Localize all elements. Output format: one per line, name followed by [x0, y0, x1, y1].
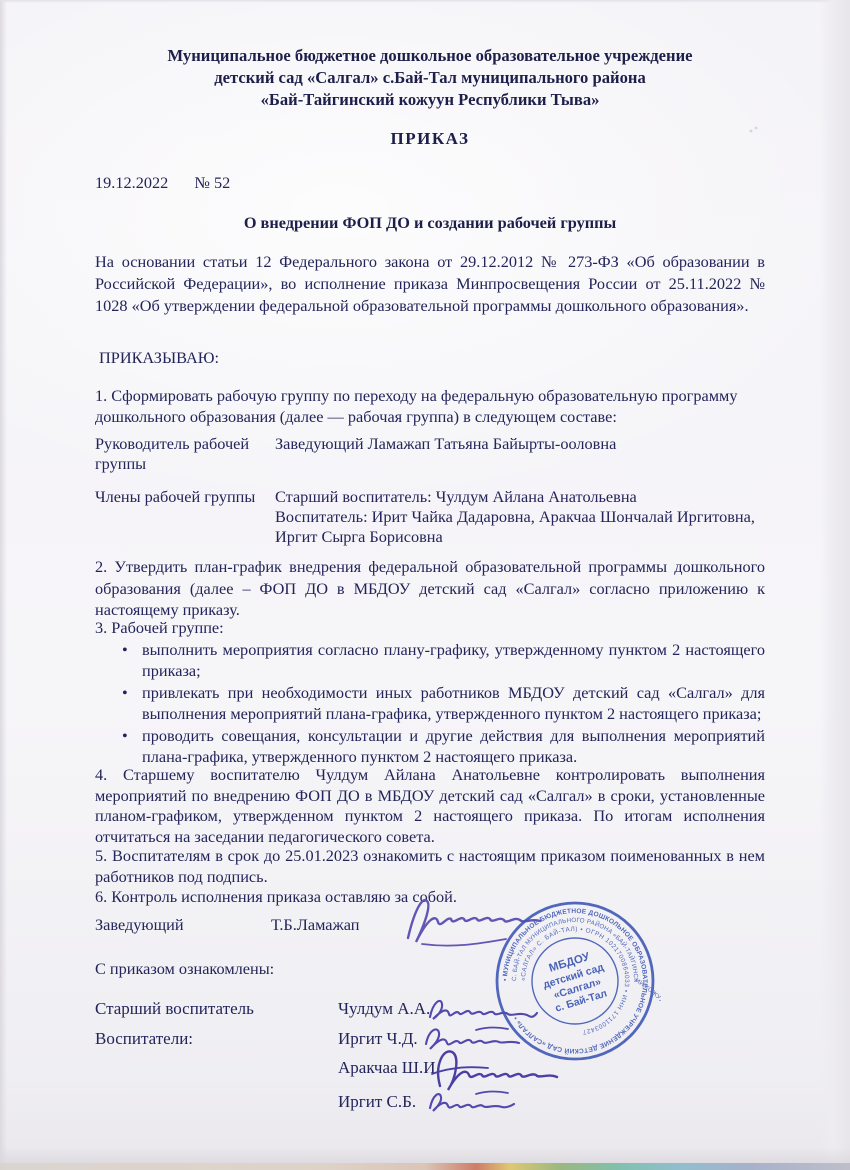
- item-3-bullets: • выполнить мероприятия согласно плану-г…: [95, 639, 765, 768]
- org-header: Муниципальное бюджетное дошкольное образ…: [95, 45, 765, 111]
- paper-edge-top: [0, 0, 850, 3]
- table-row: Члены рабочей группы Старший воспитатель…: [95, 487, 765, 547]
- ack-row: Иргит С.Б.: [95, 1091, 765, 1112]
- scanned-order-document: Муниципальное бюджетное дошкольное образ…: [0, 0, 850, 1170]
- signoff-name: Т.Б.Ламажап: [271, 914, 359, 935]
- ack-row: Старший воспитатель Чулдум А.А.: [95, 998, 765, 1019]
- bullet-item: • привлекать при необходимости иных рабо…: [95, 682, 765, 724]
- item-1: 1. Сформировать рабочую группу по перехо…: [95, 385, 765, 427]
- row-value: Заведующий Ламажап Татьяна Байырты-оолов…: [275, 434, 765, 474]
- bullet-text: выполнить мероприятия согласно плану-гра…: [142, 639, 765, 681]
- scanner-edge-strip: [0, 1163, 850, 1170]
- row-value: Старший воспитатель: Чулдум Айлана Анато…: [275, 487, 765, 547]
- ack-heading: С приказом ознакомлены:: [95, 958, 765, 979]
- ack-role: Воспитатели:: [95, 1028, 338, 1049]
- item-2: 2. Утвердить план-график внедрения федер…: [95, 556, 765, 621]
- ack-name: Аракчаа Ш.И.: [338, 1057, 440, 1078]
- bullet-marker: •: [122, 639, 142, 681]
- date-number-line: 19.12.2022 № 52: [95, 172, 765, 193]
- ack-name: Иргит С.Б.: [338, 1091, 416, 1112]
- item-3: 3. Рабочей группе:: [95, 617, 765, 638]
- org-header-line-1: Муниципальное бюджетное дошкольное образ…: [95, 45, 765, 67]
- doc-number: № 52: [194, 172, 230, 193]
- working-group-table: Руководитель рабочей группы Заведующий Л…: [95, 434, 765, 560]
- ack-name: Иргит Ч.Д.: [338, 1028, 418, 1049]
- bullet-text: проводить совещания, консультации и друг…: [142, 725, 765, 767]
- item-5: 5. Воспитателям в срок до 25.01.2023 озн…: [95, 846, 765, 887]
- order-word: ПРИКАЗЫВАЮ:: [95, 347, 769, 368]
- bullet-marker: •: [122, 725, 142, 767]
- bullet-item: • выполнить мероприятия согласно плану-г…: [95, 639, 765, 681]
- preamble: На основании статьи 12 Федерального зако…: [95, 251, 765, 317]
- paper-bottom-shadow: [0, 1147, 850, 1163]
- ack-role: [95, 1091, 338, 1112]
- row-label: Руководитель рабочей группы: [95, 434, 275, 474]
- bullet-text: привлекать при необходимости иных работн…: [142, 682, 765, 724]
- paper-edge-left: [0, 0, 7, 1170]
- row-label: Члены рабочей группы: [95, 487, 275, 547]
- stamp-center-text: МБДОУ детский сад «Салгал» с. Бай-Тал: [538, 948, 614, 1016]
- ack-row: Аракчаа Ш.И.: [95, 1057, 765, 1078]
- table-row: Руководитель рабочей группы Заведующий Л…: [95, 434, 765, 474]
- ack-name: Чулдум А.А.: [338, 998, 430, 1019]
- doc-type-title: ПРИКАЗ: [95, 128, 765, 149]
- ack-role: Старший воспитатель: [95, 998, 338, 1019]
- bullet-marker: •: [122, 682, 142, 724]
- paper-edge-right: [820, 0, 850, 1170]
- org-header-line-3: «Бай-Тайгинский кожуун Республики Тыва»: [95, 89, 765, 111]
- org-header-line-2: детский сад «Салгал» с.Бай-Тал муниципал…: [95, 67, 765, 89]
- ack-row: Воспитатели: Иргит Ч.Д.: [95, 1028, 765, 1049]
- signoff-row: Заведующий Т.Б.Ламажап: [95, 914, 765, 935]
- bullet-item: • проводить совещания, консультации и др…: [95, 725, 765, 767]
- signoff-title: Заведующий: [95, 914, 271, 935]
- item-6: 6. Контроль исполнения приказа оставляю …: [95, 886, 765, 907]
- official-round-stamp: • МУНИЦИПАЛЬНОЕ БЮДЖЕТНОЕ ДОШКОЛЬНОЕ ОБР…: [489, 895, 661, 1067]
- doc-date: 19.12.2022: [95, 172, 168, 193]
- item-4: 4. Старшему воспитателю Чулдум Айлана Ан…: [95, 765, 765, 847]
- doc-subject: О внедрении ФОП ДО и создании рабочей гр…: [95, 212, 765, 233]
- ack-role: [95, 1057, 338, 1078]
